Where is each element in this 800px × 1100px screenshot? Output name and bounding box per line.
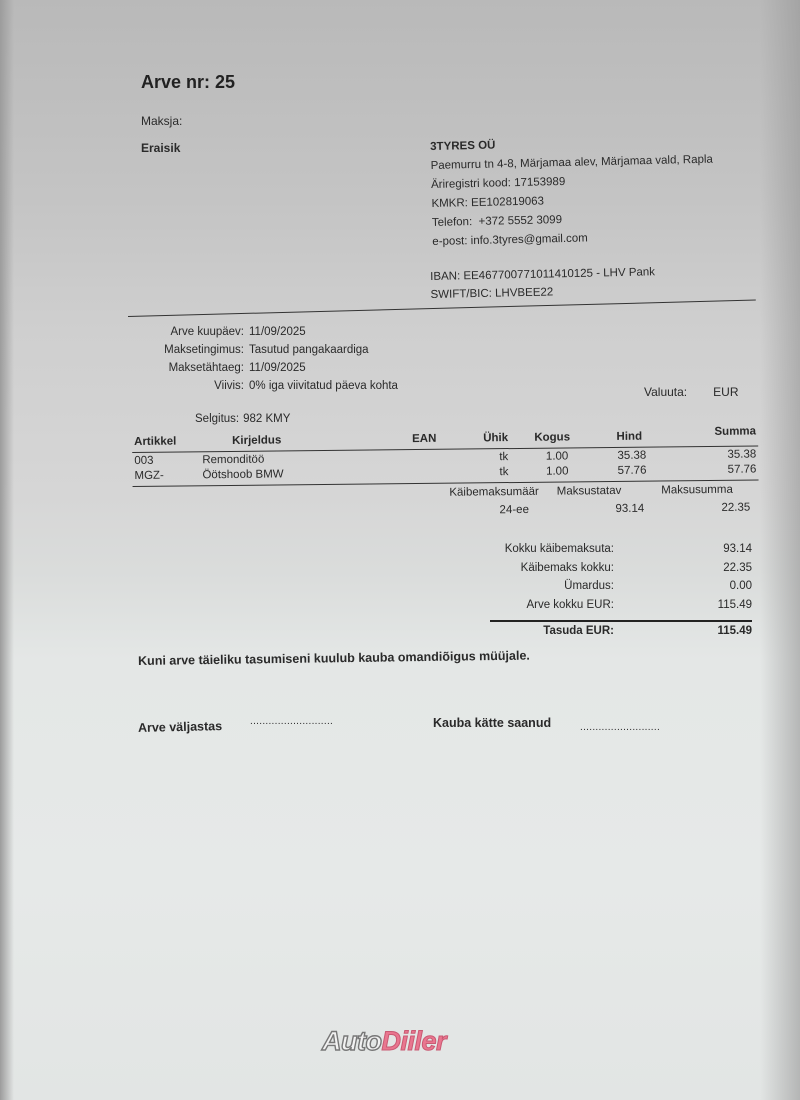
col-article: Artikkel bbox=[134, 436, 176, 448]
currency-label: Valuuta: bbox=[644, 385, 687, 399]
meta-value: 11/09/2025 bbox=[249, 359, 306, 377]
explanation: Selgitus:982 KMY bbox=[195, 413, 290, 425]
total-due-value: 115.49 bbox=[614, 625, 752, 644]
col-description: Kirjeldus bbox=[232, 434, 281, 447]
cell-article: 003 bbox=[134, 455, 153, 467]
vat-summary: Käibemaksumäär Maksustatav Maksusumma 24… bbox=[424, 483, 764, 523]
cell-quantity: 1.00 bbox=[546, 450, 569, 462]
ownership-note: Kuni arve täieliku tasumiseni kuulub kau… bbox=[138, 649, 530, 668]
col-ean: EAN bbox=[412, 433, 436, 445]
autodiiler-watermark-logo: AutoDiiler bbox=[322, 1026, 446, 1057]
meta-label: Maksetähtaeg: bbox=[132, 359, 249, 377]
explanation-label: Selgitus: bbox=[195, 413, 239, 425]
vat-col-amount: Maksusumma bbox=[634, 483, 760, 496]
cell-sum: 57.76 bbox=[728, 463, 757, 475]
seller-info: 3TYRES OÜ Paemurru tn 4-8, Märjamaa alev… bbox=[430, 132, 715, 252]
vat-taxable: 93.14 bbox=[548, 503, 644, 516]
total-value: 22.35 bbox=[614, 562, 752, 581]
total-row: Kokku käibemaksuta: 93.14 bbox=[490, 543, 752, 562]
total-row: Käibemaks kokku: 22.35 bbox=[490, 562, 752, 581]
cell-price: 35.38 bbox=[617, 450, 646, 462]
explanation-value: 982 KMY bbox=[243, 413, 290, 425]
invoice-title: Arve nr: 25 bbox=[141, 72, 235, 93]
payer-label: Maksja: bbox=[141, 114, 182, 128]
total-value: 0.00 bbox=[614, 580, 752, 599]
cell-article: MGZ- bbox=[134, 470, 164, 482]
cell-description: Öötshoob BMW bbox=[202, 468, 283, 481]
meta-value: 11/09/2025 bbox=[249, 323, 306, 341]
cell-price: 57.76 bbox=[618, 465, 647, 477]
cell-quantity: 1.00 bbox=[546, 465, 569, 477]
received-by-signature-line: .......................... bbox=[580, 722, 660, 733]
vat-col-taxable: Maksustatav bbox=[534, 485, 644, 498]
payer-name: Eraisik bbox=[141, 141, 180, 155]
col-price: Hind bbox=[616, 431, 642, 443]
items-table: Artikkel Kirjeldus EAN Ühik Kogus Hind S… bbox=[132, 425, 759, 487]
meta-row-payment-terms: Maksetingimus: Tasutud pangakaardiga bbox=[132, 341, 398, 359]
page-shadow-left bbox=[0, 0, 14, 1100]
total-label: Ümardus: bbox=[490, 580, 614, 599]
watermark-part-auto: Auto bbox=[322, 1026, 381, 1056]
swift: SWIFT/BIC: LHVBEE22 bbox=[430, 281, 655, 304]
table-body: 003 Remonditöö tk 1.00 35.38 35.38 MGZ- … bbox=[132, 446, 758, 487]
currency: Valuuta:EUR bbox=[644, 385, 739, 399]
total-row: Arve kokku EUR: 115.49 bbox=[490, 599, 752, 618]
total-label: Käibemaks kokku: bbox=[490, 562, 614, 581]
vat-row: 24-ee 93.14 22.35 bbox=[424, 501, 764, 523]
meta-label: Viivis: bbox=[132, 377, 249, 395]
bank-info: IBAN: EE467700771011410125 - LHV Pank SW… bbox=[430, 263, 656, 304]
total-row: Ümardus: 0.00 bbox=[490, 580, 752, 599]
total-value: 93.14 bbox=[614, 543, 752, 562]
meta-label: Maksetingimus: bbox=[132, 341, 249, 359]
meta-row-date: Arve kuupäev: 11/09/2025 bbox=[132, 323, 398, 341]
meta-label: Arve kuupäev: bbox=[132, 323, 249, 341]
meta-value: Tasutud pangakaardiga bbox=[249, 341, 369, 359]
meta-row-due-date: Maksetähtaeg: 11/09/2025 bbox=[132, 359, 398, 377]
issued-by-label: Arve väljastas bbox=[138, 719, 222, 735]
cell-description: Remonditöö bbox=[202, 454, 264, 467]
meta-value: 0% iga viivitatud päeva kohta bbox=[249, 377, 398, 395]
col-quantity: Kogus bbox=[534, 431, 570, 443]
col-sum: Summa bbox=[714, 425, 756, 437]
total-label: Kokku käibemaksuta: bbox=[490, 543, 614, 562]
received-by-label: Kauba kätte saanud bbox=[433, 716, 551, 730]
cell-unit: tk bbox=[499, 466, 508, 478]
meta-row-penalty: Viivis: 0% iga viivitatud päeva kohta bbox=[132, 377, 398, 395]
total-due-label: Tasuda EUR: bbox=[490, 625, 614, 644]
total-value: 115.49 bbox=[614, 599, 752, 618]
invoice-meta: Arve kuupäev: 11/09/2025 Maksetingimus: … bbox=[132, 323, 398, 395]
totals: Kokku käibemaksuta: 93.14 Käibemaks kokk… bbox=[490, 543, 752, 644]
currency-value: EUR bbox=[713, 385, 738, 399]
total-label: Arve kokku EUR: bbox=[490, 599, 614, 618]
totals-divider bbox=[490, 620, 752, 622]
cell-unit: tk bbox=[499, 451, 508, 463]
page-shadow-right bbox=[760, 0, 800, 1100]
watermark-part-diiler: Diiler bbox=[381, 1026, 446, 1056]
cell-sum: 35.38 bbox=[727, 448, 756, 460]
col-unit: Ühik bbox=[483, 432, 508, 444]
vat-amount: 22.35 bbox=[644, 502, 750, 515]
total-due-row: Tasuda EUR: 115.49 bbox=[490, 625, 752, 644]
issued-by-signature-line: ........................... bbox=[250, 716, 333, 727]
